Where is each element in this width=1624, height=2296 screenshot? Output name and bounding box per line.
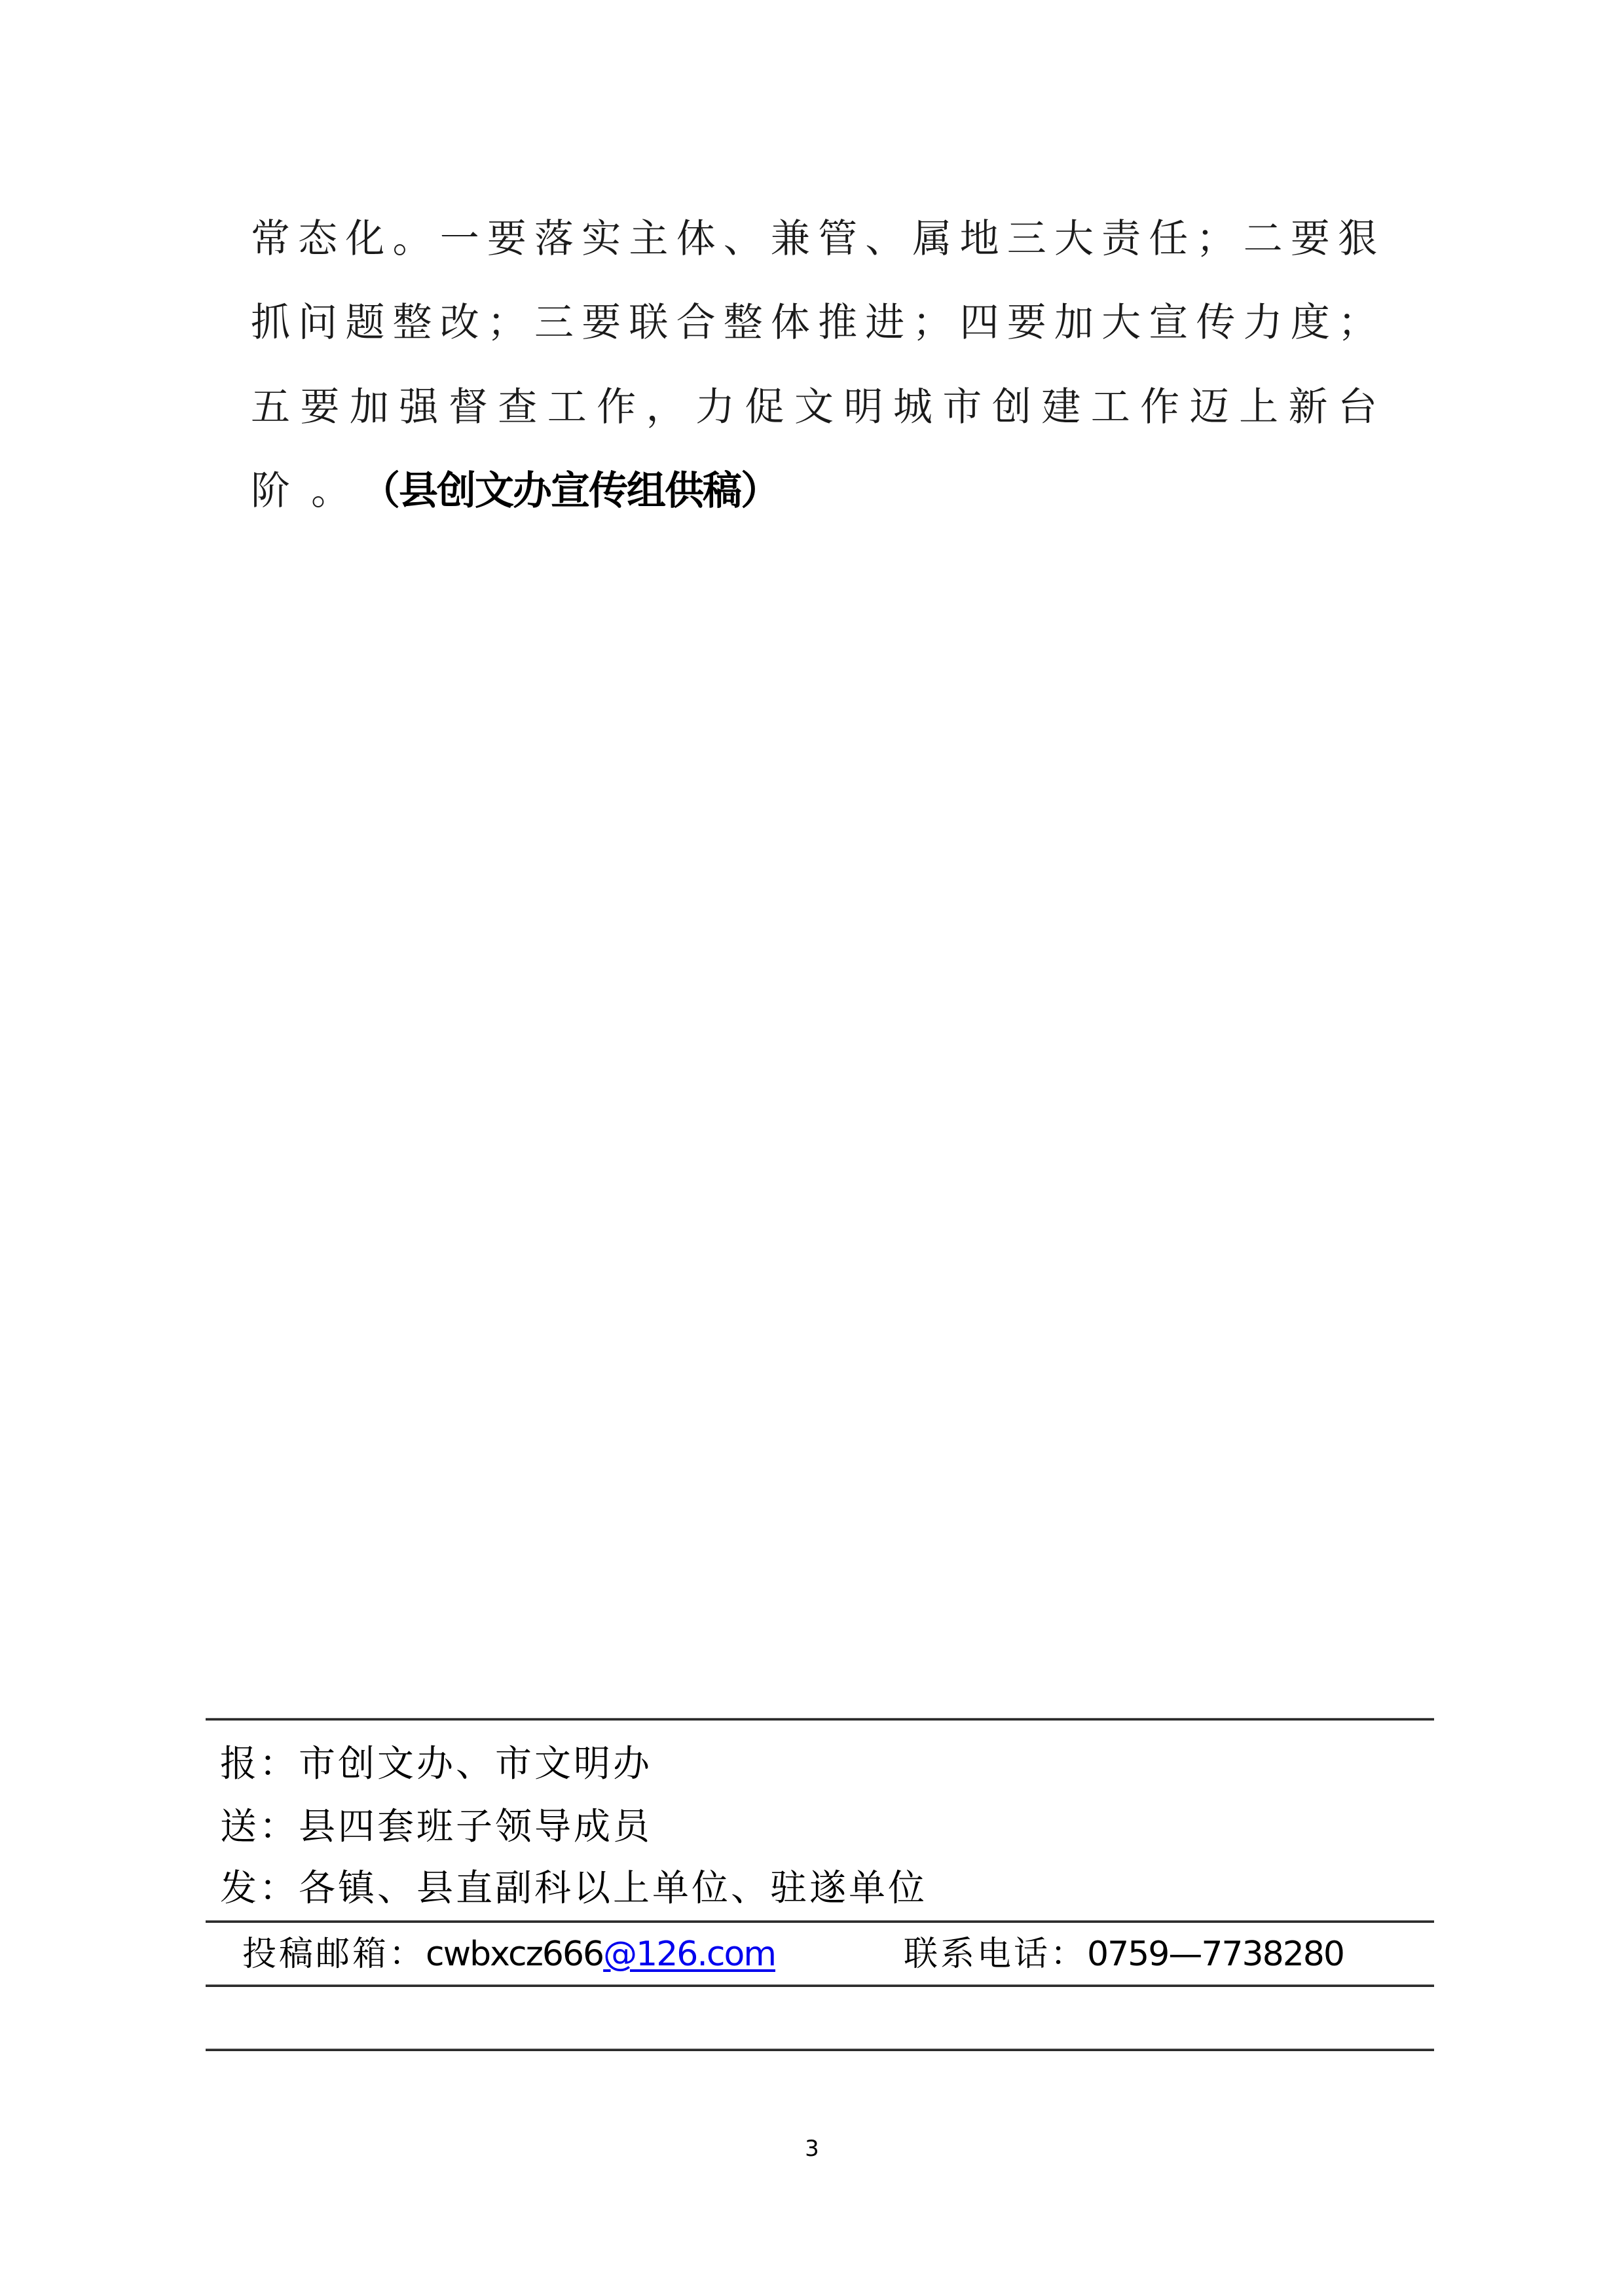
contact-line: 投稿邮箱：cwbxcz666@126.com 联系电话：0759—7738280 [242,1925,1421,1984]
divider-top [206,1718,1434,1721]
divider-bottom [206,2049,1434,2051]
phone-value: 0759—7738280 [1087,1935,1344,1974]
body-text-line-4-text: 阶。 [251,468,371,514]
email-label: 投稿邮箱： [242,1935,426,1974]
issue-to-label: 发： [220,1867,299,1910]
email-user: cwbxcz666 [426,1935,603,1974]
body-text-line-2: 抓问题整改；三要联合整体推进；四要加大宣传力度； [251,287,1377,359]
body-text-line-3: 五要加强督查工作，力促文明城市创建工作迈上新台 [251,371,1377,443]
send-to-line: 送：县四套班子领导成员 [220,1798,652,1857]
phone-label: 联系电话： [904,1935,1087,1974]
page-number: 3 [0,2136,1624,2162]
divider-contact-bottom [206,1984,1434,1987]
document-page: 常态化。一要落实主体、兼管、属地三大责任；二要狠 抓问题整改；三要联合整体推进；… [0,0,1624,2296]
phone-group: 联系电话：0759—7738280 [904,1925,1344,1984]
divider-middle [206,1920,1434,1923]
report-to-value: 市创文办、市文明办 [299,1743,652,1785]
send-to-label: 送： [220,1806,299,1848]
source-note: （县创文办宣传组供稿） [380,468,779,514]
body-text-line-4: 阶。（县创文办宣传组供稿） [251,455,1377,527]
send-to-value: 县四套班子领导成员 [299,1806,652,1848]
email-link[interactable]: @126.com [603,1935,775,1974]
body-text-line-1: 常态化。一要落实主体、兼管、属地三大责任；二要狠 [251,203,1377,275]
issue-to-value: 各镇、县直副科以上单位、驻遂单位 [299,1867,927,1910]
report-to-line: 报：市创文办、市文明办 [220,1735,652,1794]
issue-to-line: 发：各镇、县直副科以上单位、驻遂单位 [220,1859,927,1918]
report-to-label: 报： [220,1743,299,1785]
